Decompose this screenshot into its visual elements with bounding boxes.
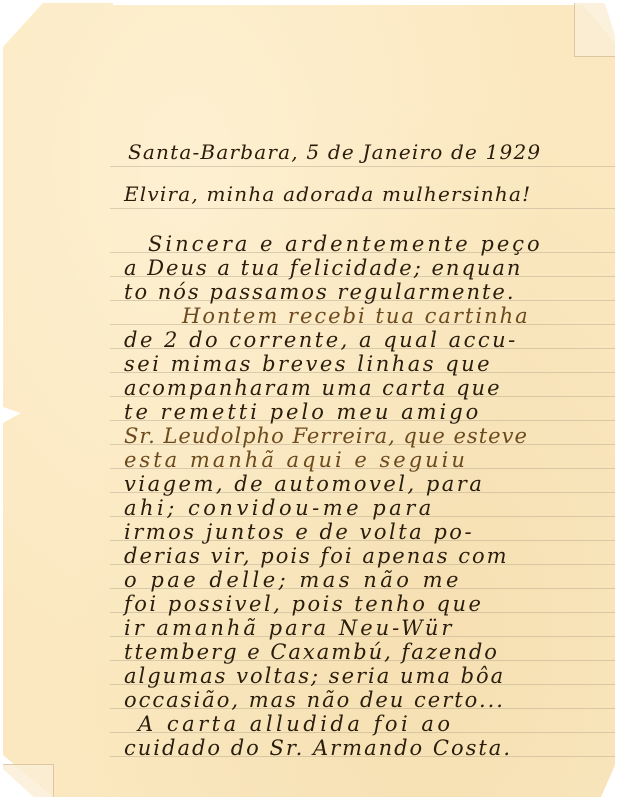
folded-corner-top-right — [574, 3, 615, 57]
body-line: derias vir, pois foi apenas com — [124, 544, 509, 568]
body-line: de 2 do corrente, a qual accu- — [124, 328, 518, 352]
body-line: o pae delle; mas não me — [124, 568, 462, 592]
body-line: irmos juntos e de volta po- — [124, 520, 474, 544]
ruled-line — [110, 208, 615, 209]
body-line: acompanharam uma carta que — [124, 376, 502, 400]
body-line: te remetti pelo meu amigo — [124, 400, 481, 424]
salutation-line: Elvira, minha adorada mulhersinha! — [124, 182, 531, 206]
body-line: sei mimas breves linhas que — [124, 352, 492, 376]
body-line: Hontem recebi tua cartinha — [182, 304, 530, 328]
body-line: ir amanhã para Neu-Wür — [124, 616, 454, 640]
folded-corner-bottom-left — [3, 764, 54, 797]
ruled-line — [110, 166, 615, 167]
body-line: Sincera e ardentemente peço — [148, 232, 543, 256]
body-line: cuidado do Sr. Armando Costa. — [124, 736, 512, 760]
body-line: foi possivel, pois tenho que — [124, 592, 483, 616]
body-line: A carta alludida foi ao — [138, 712, 454, 736]
body-line: algumas voltas; seria uma bôa — [124, 664, 505, 688]
body-line: a Deus a tua felicidade; enquan — [124, 256, 522, 280]
body-line: ahi; convidou-me para — [124, 496, 435, 520]
body-line: to nós passamos regularmente. — [124, 280, 516, 304]
body-line: ttemberg e Caxambú, fazendo — [124, 640, 499, 664]
body-line: Sr. Leudolpho Ferreira, que esteve — [124, 424, 528, 448]
body-line: esta manhã aqui e seguiu — [124, 448, 468, 472]
body-line: viagem, de automovel, para — [124, 472, 484, 496]
body-line: occasião, mas não deu certo... — [124, 688, 505, 712]
place-date-line: Santa-Barbara, 5 de Janeiro de 1929 — [128, 140, 541, 164]
